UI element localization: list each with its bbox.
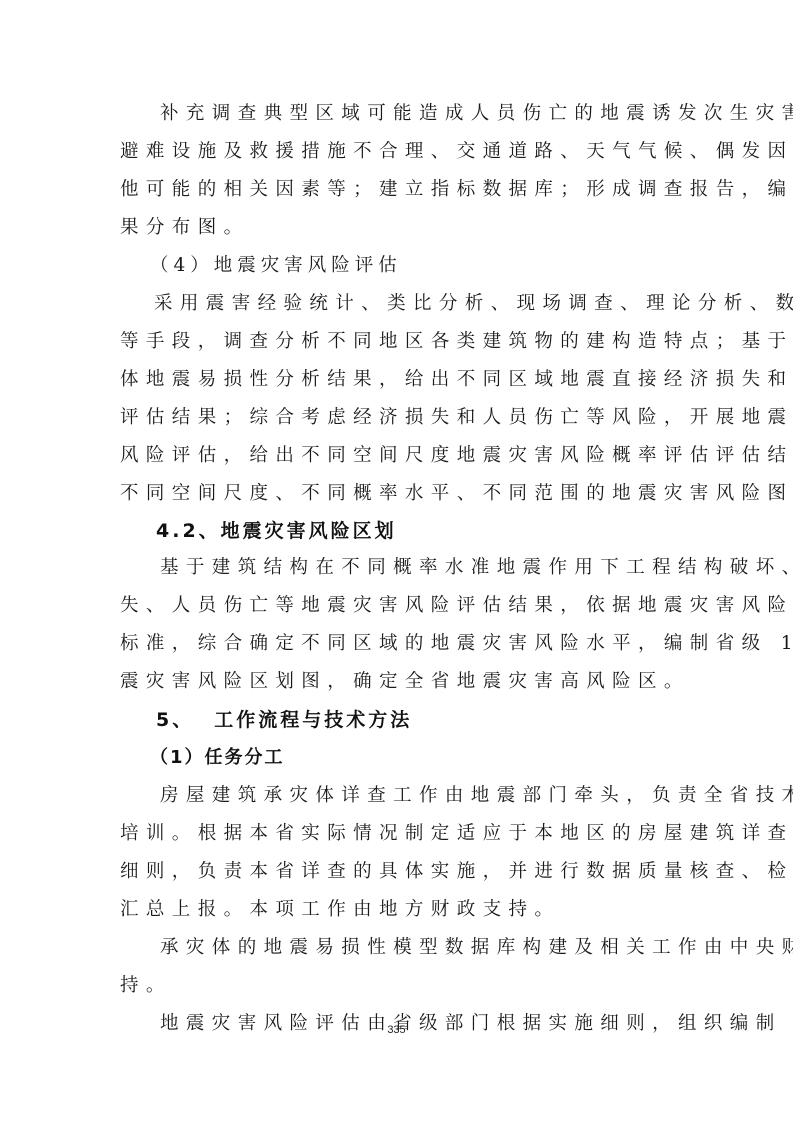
page-number: 335 [0,1024,793,1036]
section-number: 5、 [156,709,194,731]
paragraph-vulnerability-database: 承灾体的地震易损性模型数据库构建及相关工作由中央财政支 持。 [120,929,676,1005]
text-line: 风险评估，给出不同空间尺度地震灾害风险概率评估评估结果；编制 [120,437,676,475]
subheading-task-division: （1）任务分工 [120,739,676,777]
text-line: 采用震害经验统计、类比分析、现场调查、理论分析、数值模拟 [120,285,676,323]
text-line: 评估结果；综合考虑经济损失和人员伤亡等风险，开展地震灾害综合 [120,399,676,437]
subheading-risk-assessment: （4）地震灾害风险评估 [120,247,676,285]
text-line: 细则，负责本省详查的具体实施，并进行数据质量核查、检查、数据 [120,853,676,891]
paragraph-secondary-disaster-survey: 补充调查典型区域可能造成人员伤亡的地震诱发次生灾害、应急 避难设施及救援措施不合… [120,95,676,247]
paragraph-risk-zoning: 基于建筑结构在不同概率水准地震作用下工程结构破坏、经济损 失、人员伤亡等地震灾害… [120,549,676,701]
text-line: 震灾害风险区划图，确定全省地震灾害高风险区。 [120,663,676,701]
text-line: 基于建筑结构在不同概率水准地震作用下工程结构破坏、经济损 [120,549,676,587]
text-line: 持。 [120,967,676,1005]
section-heading-5-workflow: 5、工作流程与技术方法 [120,701,676,739]
paragraph-building-survey: 房屋建筑承灾体详查工作由地震部门牵头，负责全省技术指导与 培训。根据本省实际情况… [120,777,676,929]
heading-4-2-risk-zoning: 4.2、地震灾害风险区划 [120,513,676,549]
text-line: 补充调查典型区域可能造成人员伤亡的地震诱发次生灾害、应急 [120,95,676,133]
text-line: 等手段，调查分析不同地区各类建筑物的建构造特点；基于建筑物群 [120,323,676,361]
text-line: 失、人员伤亡等地震灾害风险评估结果，依据地震灾害风险划分等级 [120,587,676,625]
document-page: 补充调查典型区域可能造成人员伤亡的地震诱发次生灾害、应急 避难设施及救援措施不合… [120,95,676,1043]
text-line: 不同空间尺度、不同概率水平、不同范围的地震灾害风险图。 [120,475,676,513]
text-line: 承灾体的地震易损性模型数据库构建及相关工作由中央财政支 [120,929,676,967]
text-line: 培训。根据本省实际情况制定适应于本地区的房屋建筑详查工作实施 [120,815,676,853]
text-line: 他可能的相关因素等；建立指标数据库；形成调查报告，编制评估结 [120,171,676,209]
text-line: 房屋建筑承灾体详查工作由地震部门牵头，负责全省技术指导与 [120,777,676,815]
text-line: 避难设施及救援措施不合理、交通道路、天气气候、偶发因素以及其 [120,133,676,171]
text-line: 汇总上报。本项工作由地方财政支持。 [120,891,676,929]
paragraph-risk-assessment-methods: 采用震害经验统计、类比分析、现场调查、理论分析、数值模拟 等手段，调查分析不同地… [120,285,676,513]
text-line: 体地震易损性分析结果，给出不同区域地震直接经济损失和人员伤亡 [120,361,676,399]
section-title: 工作流程与技术方法 [214,709,412,731]
text-line: 标准，综合确定不同区域的地震灾害风险水平，编制省级 1:25 万地 [120,625,676,663]
text-line: 果分布图。 [120,209,676,247]
